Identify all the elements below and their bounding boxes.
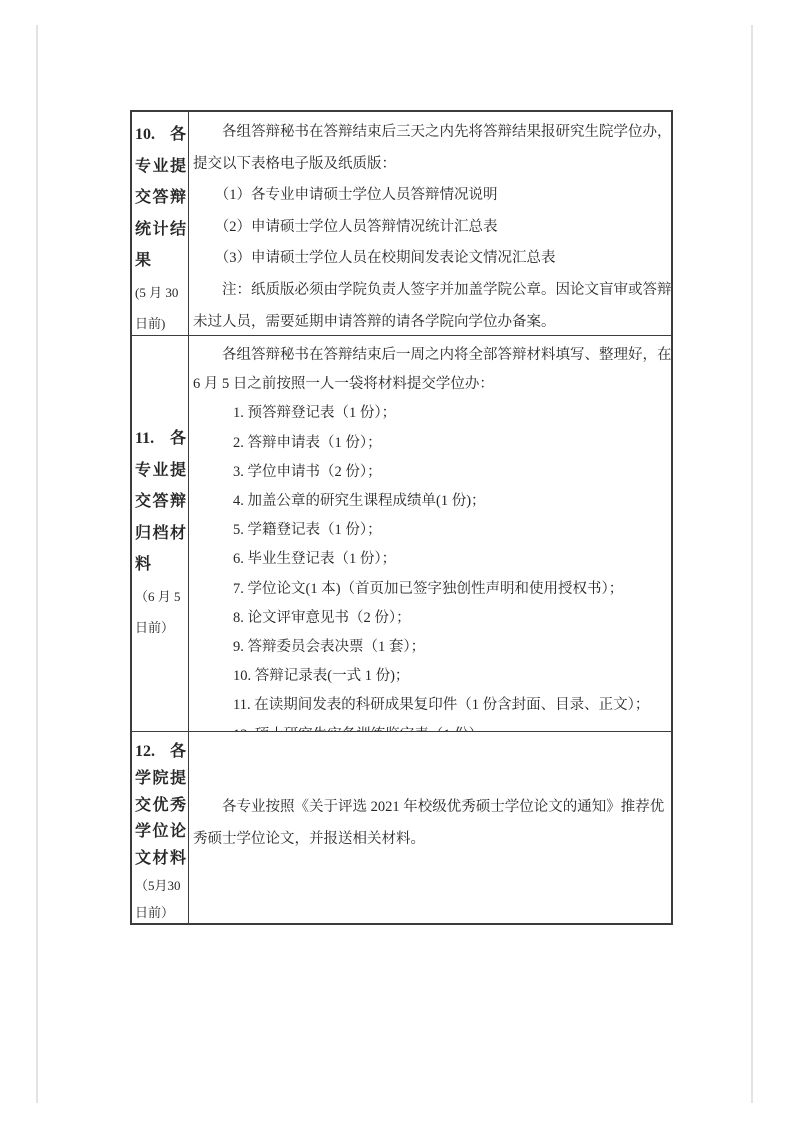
- text-line: 5. 学籍登记表（1 份）；: [233, 516, 667, 545]
- page-edge-line-left: [36, 25, 38, 1103]
- text-line: 未过人员，需要延期申请答辩的请各学院向学位办备案。: [193, 307, 667, 336]
- schedule-table: 10. 各专业提交答辩统计结果 (5 月 30日前) 各组答辩秘书在答辩结束后三…: [130, 110, 673, 925]
- row-11-content-cell: 各组答辩秘书在答辩结束后一周之内将全部答辩材料填写、整理好，在6 月 5 日之前…: [189, 336, 671, 732]
- row-11-label-cell: 11. 各专业提交答辩归档材料 （6 月 5日前）: [132, 336, 189, 732]
- text-line: 日前): [135, 308, 186, 336]
- text-line: （6 月 5: [135, 581, 186, 613]
- row-10-deadline: (5 月 30日前): [135, 277, 186, 337]
- row-12-content-cell: 各专业按照《关于评选 2021 年校级优秀硕士学位论文的通知》推荐优秀硕士学位论…: [189, 732, 671, 923]
- page-edge-line-right: [751, 25, 753, 1103]
- row-11-intro: 各组答辩秘书在答辩结束后一周之内将全部答辩材料填写、整理好，在6 月 5 日之前…: [193, 341, 667, 399]
- row-10-content-cell: 各组答辩秘书在答辩结束后三天之内先将答辩结果报研究生院学位办，提交以下表格电子版…: [189, 112, 671, 336]
- text-line: 专业提: [135, 455, 186, 487]
- text-line: 2. 答辩申请表（1 份）；: [233, 429, 667, 458]
- text-line: （5月30: [135, 873, 186, 900]
- text-line: （2）申请硕士学位人员答辩情况统计汇总表: [193, 212, 667, 244]
- scanned-document-page: 10. 各专业提交答辩统计结果 (5 月 30日前) 各组答辩秘书在答辩结束后三…: [0, 0, 791, 1121]
- text-line: 6. 毕业生登记表（1 份）；: [233, 545, 667, 574]
- row-12-label-cell: 12. 各学院提交优秀学位论文材料 （5月30日前）: [132, 732, 189, 923]
- text-line: 日前）: [135, 612, 186, 644]
- text-line: 学院提: [135, 766, 186, 793]
- text-line: 统计结: [135, 214, 186, 246]
- row-11-material-list: 1. 预答辩登记表（1 份）；2. 答辩申请表（1 份）；3. 学位申请书（2 …: [193, 399, 667, 732]
- text-line: 学位论: [135, 819, 186, 846]
- text-line: 料: [135, 549, 186, 581]
- text-line: 7. 学位论文(1 本)（首页加已签字独创性声明和使用授权书）；: [233, 575, 667, 604]
- row-10-title: 10. 各专业提交答辩统计结果: [135, 119, 186, 277]
- text-line: 秀硕士学位论文，并报送相关材料。: [193, 823, 667, 855]
- text-line: 10. 各: [135, 119, 186, 151]
- text-line: 专业提: [135, 151, 186, 183]
- text-line: （1）各专业申请硕士学位人员答辩情况说明: [193, 180, 667, 212]
- text-line: 文材料: [135, 846, 186, 873]
- row-12-title: 12. 各学院提交优秀学位论文材料: [135, 739, 186, 873]
- text-line: 9. 答辩委员会表决票（1 套）；: [233, 633, 667, 662]
- text-line: 果: [135, 245, 186, 277]
- text-line: 11. 在读期间发表的科研成果复印件（1 份含封面、目录、正文）；: [233, 691, 667, 720]
- row-10-label-cell: 10. 各专业提交答辩统计结果 (5 月 30日前): [132, 112, 189, 336]
- text-line: 各专业按照《关于评选 2021 年校级优秀硕士学位论文的通知》推荐优: [193, 791, 667, 823]
- text-line: 日前）: [135, 900, 186, 923]
- text-line: 12. 硕士研究生实务训练鉴定表（1 份）。: [233, 721, 667, 732]
- row-11-title: 11. 各专业提交答辩归档材料: [135, 423, 186, 581]
- row-11-deadline: （6 月 5日前）: [135, 581, 186, 644]
- text-line: (5 月 30: [135, 277, 186, 309]
- text-line: 11. 各: [135, 423, 186, 455]
- row-12-paragraph: 各专业按照《关于评选 2021 年校级优秀硕士学位论文的通知》推荐优秀硕士学位论…: [193, 791, 667, 855]
- text-line: 各组答辩秘书在答辩结束后三天之内先将答辩结果报研究生院学位办，: [193, 117, 667, 149]
- row-10-paragraph: 各组答辩秘书在答辩结束后三天之内先将答辩结果报研究生院学位办，提交以下表格电子版…: [193, 117, 667, 336]
- text-line: 8. 论文评审意见书（2 份）；: [233, 604, 667, 633]
- row-12-deadline: （5月30日前）: [135, 873, 186, 923]
- text-line: 交优秀: [135, 793, 186, 820]
- text-line: 各组答辩秘书在答辩结束后一周之内将全部答辩材料填写、整理好，在: [193, 341, 667, 370]
- text-line: 3. 学位申请书（2 份）；: [233, 458, 667, 487]
- text-line: 归档材: [135, 518, 186, 550]
- text-line: 10. 答辩记录表(一式 1 份)；: [233, 662, 667, 691]
- text-line: 交答辩: [135, 182, 186, 214]
- text-line: 12. 各: [135, 739, 186, 766]
- text-line: 提交以下表格电子版及纸质版：: [193, 149, 667, 181]
- text-line: （3）申请硕士学位人员在校期间发表论文情况汇总表: [193, 243, 667, 275]
- text-line: 4. 加盖公章的研究生课程成绩单(1 份)；: [233, 487, 667, 516]
- text-line: 交答辩: [135, 486, 186, 518]
- text-line: 6 月 5 日之前按照一人一袋将材料提交学位办：: [193, 370, 667, 399]
- text-line: 注：纸质版必须由学院负责人签字并加盖学院公章。因论文盲审或答辩: [193, 275, 667, 307]
- text-line: 1. 预答辩登记表（1 份）；: [233, 399, 667, 428]
